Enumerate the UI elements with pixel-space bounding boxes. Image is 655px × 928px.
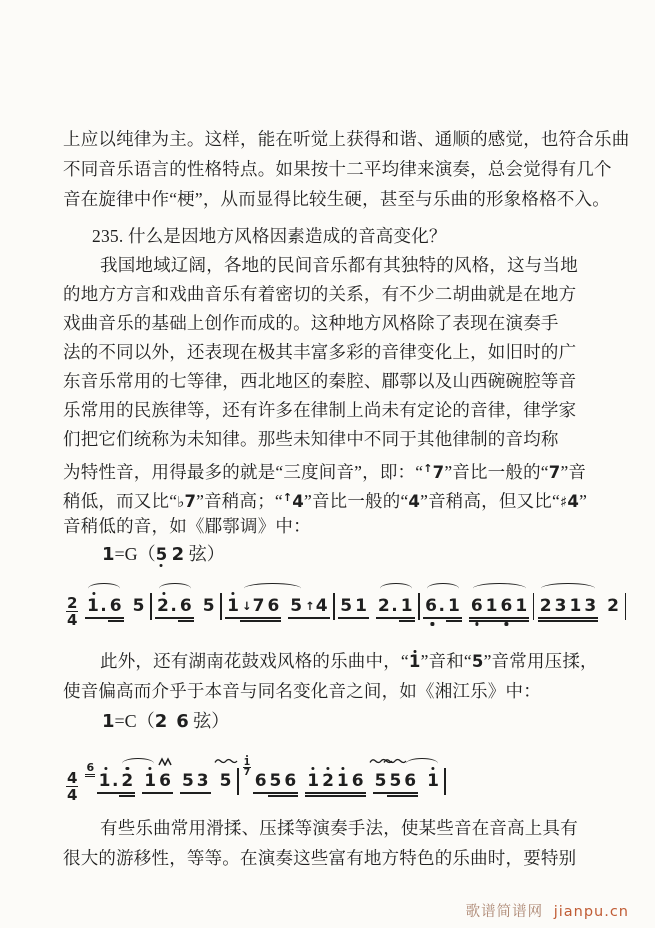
jianpu-note: 1 [446, 596, 461, 616]
eighth-underline [553, 617, 569, 619]
jianpu-note: 1 [306, 771, 321, 791]
eighth-underline [282, 792, 298, 794]
pitch-digit: 2 [322, 771, 334, 791]
grace-note: 6 [85, 762, 95, 773]
jianpu-note: 6 [350, 771, 365, 791]
octave-dot-above [341, 767, 344, 770]
jianpu-note: ↓7 [240, 596, 265, 616]
paragraph-sliding-vibrato: 有些乐曲常用滑揉、压揉等演奏手法，使某些音在音高上具有很大的游移性，等等。在演奏… [63, 813, 608, 873]
octave-dot-above [246, 755, 248, 757]
time-signature-numerator: 2 [66, 596, 78, 612]
eighth-underline [265, 617, 281, 619]
text-line: 戏曲音乐的基础上创作而成的。这种地方风格除了表现在演奏手 [63, 309, 608, 338]
grace-pitch-digit: 6 [86, 761, 94, 774]
inline-music-note: 1 [409, 652, 421, 671]
barline [220, 593, 222, 620]
inline-music-note: 4 [292, 492, 304, 511]
pitch-digit: 2 [540, 596, 552, 616]
eighth-underline [180, 792, 196, 794]
pitch-digit: 2 [121, 771, 133, 791]
jianpu-note: 1 [354, 596, 369, 616]
pitch-digit: 1 [401, 596, 413, 616]
eighth-underline [402, 792, 418, 794]
pitch-digit: 6 [255, 771, 267, 791]
jianpu-note: 5 [289, 596, 304, 616]
pitch-digit: 1 [569, 596, 581, 616]
jianpu-note: 1 [226, 596, 241, 616]
jianpu-note: 1 [484, 596, 499, 616]
eighth-underline [399, 617, 415, 619]
pitch-digit: 5 [290, 596, 302, 616]
measure: 1.65 [85, 572, 146, 616]
sixteenth-underline [446, 620, 462, 622]
time-signature-numerator: 4 [66, 771, 78, 787]
time-signature: 24 [66, 596, 78, 627]
pitch-digit: 1 [87, 596, 99, 616]
inline-music-note: 4 [567, 492, 579, 511]
jianpu-note: 6 [403, 771, 418, 791]
jianpu-note: 6. [424, 596, 447, 616]
slur [159, 583, 191, 594]
grace-underline [85, 776, 95, 777]
eighth-underline [320, 792, 336, 794]
jianpu-note: 5 [268, 771, 283, 791]
slur [380, 583, 412, 594]
measure: 512.1 [339, 572, 414, 616]
eighth-underline [305, 792, 321, 794]
eighth-underline [582, 617, 598, 619]
inline-music-note: 7 [433, 463, 445, 482]
eighth-underline [108, 617, 124, 619]
inline-music-note: 2 [155, 711, 168, 732]
sixteenth-underline [553, 620, 569, 622]
pitch-digit: 2 [378, 596, 390, 616]
pitch-digit: 3 [555, 596, 567, 616]
grace-note-7: 7 [243, 768, 252, 777]
pitch-digit: 4 [316, 596, 328, 616]
sixteenth-underline [320, 795, 336, 797]
eighth-underline [157, 792, 173, 794]
augmentation-dot: . [391, 596, 397, 616]
inline-music-note: 4 [408, 492, 420, 511]
barline [150, 593, 152, 620]
octave-dot-below [431, 622, 434, 625]
eighth-underline [350, 792, 366, 794]
watermark-site-url: jianpu.cn [554, 904, 629, 920]
text-line: 们把它们统称为未知律。那些未知律中不同于其他律制的音均称 [63, 425, 608, 454]
eighth-underline [288, 617, 304, 619]
pitch-digit: 1 [144, 771, 156, 791]
pitch-digit: 1 [515, 596, 527, 616]
jianpu-note: 6 [499, 596, 514, 616]
jianpu-note: 1. [97, 771, 120, 791]
jianpu-note: 3 [583, 596, 598, 616]
text-line: 法的不同以外，还表现在极其丰富多彩的音律变化上，如旧时的广 [63, 338, 608, 367]
jianpu-note: 1 [143, 771, 158, 791]
jianpu-note: 1 [399, 596, 414, 616]
jianpu-note: 5 [131, 596, 146, 616]
jianpu-note: 1 [568, 596, 583, 616]
text-line: 很大的游移性，等等。在演奏这些富有地方特色的乐曲时，要特别 [63, 843, 608, 873]
jianpu-note: 5 [180, 771, 195, 791]
inline-music-note: 7 [184, 492, 196, 511]
vibrato-wave-ornament [214, 757, 238, 765]
pitch-digit: 3 [197, 771, 209, 791]
slur [427, 583, 459, 594]
pitch-digit: 6 [110, 596, 122, 616]
pitch-digit: 5 [375, 771, 387, 791]
text-line: 音稍低的音，如《郿鄠调》中： [63, 512, 608, 541]
pitch-digit: 1 [355, 596, 367, 616]
key-signature-2: 1=C（2 6 弦） [102, 708, 229, 734]
sixteenth-underline [582, 620, 598, 622]
grace-note-group: 17 [243, 758, 252, 777]
time-signature: 44 [66, 771, 78, 802]
paragraph-hunan-huagu: 此外，还有湖南花鼓戏风格的乐曲中，“1”音和“5”音常用压揉，使音偏高而介乎于本… [63, 646, 608, 706]
augmentation-dot: . [170, 596, 176, 616]
sixteenth-underline [305, 795, 321, 797]
text-line: 上应以纯律为主。这样，能在听觉上获得和谐、通顺的感觉，也符合乐曲 [63, 124, 608, 154]
sixteenth-underline [350, 795, 366, 797]
sixteenth-underline [538, 620, 554, 622]
eighth-underline [387, 792, 403, 794]
eighth-underline [513, 617, 529, 619]
pitch-digit: 1 [427, 771, 439, 791]
jianpu-note: 2 [321, 771, 336, 791]
jianpu-note: 6 [266, 596, 281, 616]
eighth-underline [225, 617, 241, 619]
slur [244, 583, 301, 594]
jianpu-note: 1. [85, 596, 108, 616]
watermark: 歌谱简谱网 jianpu.cn [466, 900, 629, 921]
eighth-underline [119, 792, 135, 794]
jianpu-note: 6 [469, 596, 484, 616]
eighth-underline [338, 617, 354, 619]
jianpu-note: 2 [538, 596, 553, 616]
pitch-digit: 1 [486, 596, 498, 616]
jianpu-note: 6 [108, 596, 123, 616]
pitch-digit: 5 [270, 771, 282, 791]
eighth-underline [85, 617, 109, 619]
sixteenth-underline [178, 620, 194, 622]
score-row: 241.652.651↓765↑4512.16.1616123132 [66, 572, 630, 627]
pitch-digit: 1 [448, 596, 460, 616]
jianpu-note: 3 [553, 596, 568, 616]
pitch-digit: 1 [337, 771, 349, 791]
barline [333, 593, 335, 620]
text-line: 音在旋律中作“梗”，从而显得比较生硬，甚至与乐曲的形象格格不入。 [63, 184, 608, 214]
eighth-underline [178, 617, 194, 619]
question-235-heading: 235. 什么是因地方风格因素造成的音高变化？ [63, 221, 608, 251]
eighth-underline [240, 617, 266, 619]
sixteenth-underline [265, 620, 281, 622]
pitch-digit: 5 [340, 596, 352, 616]
eighth-underline [155, 617, 179, 619]
grace-underline [85, 774, 95, 775]
inline-music-note: 5 [472, 652, 484, 671]
pitch-digit: 1 [227, 596, 239, 616]
time-signature-denominator: 4 [67, 787, 77, 802]
inline-music-note: 1 [102, 711, 115, 732]
jianpu-note: 2. [376, 596, 399, 616]
inline-music-note: ↑ [283, 491, 292, 504]
inline-music-note: 5 [156, 545, 167, 564]
inline-music-note: ↑ [423, 462, 432, 475]
sixteenth-underline [335, 795, 351, 797]
measure: 1↓765↑4 [226, 572, 330, 616]
key-signature-1: 1=G（5 2 弦） [102, 541, 225, 567]
text-line: 不同音乐语言的性格特点。如果按十二平均律来演奏，总会觉得有几个 [63, 154, 608, 184]
pitch-digit: 6 [501, 596, 513, 616]
jianpu-note: 6 [253, 771, 268, 791]
augmentation-dot: . [100, 596, 106, 616]
jianpu-note: 5 [373, 771, 388, 791]
jianpu-note: 6 [283, 771, 298, 791]
eighth-underline [538, 617, 554, 619]
measure: 61.216535 [85, 747, 233, 791]
barline [418, 593, 420, 620]
jianpu-note: 1 [335, 771, 350, 791]
jianpu-note: 5 [201, 596, 216, 616]
jianpu-note: 3 [195, 771, 210, 791]
barline [237, 768, 239, 795]
sixteenth-underline [399, 620, 415, 622]
eighth-underline [567, 617, 583, 619]
inline-music-note: 1 [102, 544, 115, 565]
pitch-digit: 5 [389, 771, 401, 791]
octave-dot-below [475, 622, 478, 625]
jianpu-note: 2 [606, 596, 621, 616]
pitch-digit: 6 [352, 771, 364, 791]
watermark-site-name: 歌谱简谱网 [466, 904, 544, 920]
jianpu-score-1: 241.652.651↓765↑4512.16.1616123132 [66, 572, 630, 627]
eighth-underline [253, 792, 269, 794]
jianpu-note: 1 [514, 596, 529, 616]
sixteenth-underline [108, 620, 124, 622]
eighth-underline [376, 617, 400, 619]
pitch-digit: 5 [220, 771, 232, 791]
octave-dot-above [104, 767, 107, 770]
sixteenth-underline [484, 620, 500, 622]
augmentation-dot: . [112, 771, 118, 791]
eighth-underline [373, 792, 389, 794]
sixteenth-underline [119, 795, 135, 797]
pitch-digit: 7 [253, 596, 265, 616]
text-line: 乐常用的民族律等，还有许多在律制上尚未有定论的音律，律学家 [63, 396, 608, 425]
inline-music-note: 7 [549, 463, 561, 482]
jianpu-note: 6 [158, 771, 173, 791]
octave-dot-above [231, 592, 234, 595]
measure: 1765612165561 [243, 747, 441, 791]
eighth-underline [353, 617, 369, 619]
down-arrow-accidental: ↓ [242, 599, 252, 613]
pitch-digit: 6 [284, 771, 296, 791]
pitch-digit: 6 [425, 596, 437, 616]
text-line: 为特性音，用得最多的就是“三度间音”，即：“↑7”音比一般的“7”音 [63, 454, 608, 483]
eighth-underline [469, 617, 485, 619]
sixteenth-underline [402, 795, 418, 797]
eighth-underline [97, 792, 121, 794]
inline-music-note: 2 [172, 544, 185, 565]
jianpu-note: 5 [339, 596, 354, 616]
sixteenth-underline [513, 620, 529, 622]
pitch-digit: 6 [159, 771, 171, 791]
eighth-underline [446, 617, 462, 619]
measure: 2.65 [156, 572, 217, 616]
sixteenth-underline [387, 795, 403, 797]
measure: 6.16161 [424, 572, 529, 616]
slur [122, 758, 154, 769]
jianpu-note: 5 [218, 771, 233, 791]
eighth-underline [335, 792, 351, 794]
slur [541, 583, 595, 594]
slur [473, 583, 526, 594]
paragraph-regional-styles: 我国地域辽阔，各地的民间音乐都有其独特的风格，这与当地的地方方言和戏曲音乐有着密… [63, 251, 608, 541]
text-line: 东音乐常用的七等律，西北地区的秦腔、郿鄠以及山西碗碗腔等音 [63, 367, 608, 396]
pitch-digit: 1 [99, 771, 111, 791]
pitch-digit: 6 [267, 596, 279, 616]
text-line: 235. 什么是因地方风格因素造成的音高变化？ [63, 221, 608, 251]
pitch-digit: 5 [203, 596, 215, 616]
eighth-underline [195, 792, 211, 794]
barline [625, 593, 627, 620]
jianpu-score-2: 4461.2165351765612165561 [66, 747, 450, 802]
jianpu-note: 2. [156, 596, 179, 616]
sixteenth-underline [268, 795, 284, 797]
pitch-digit: 1 [307, 771, 319, 791]
barline [533, 593, 535, 620]
text-line: 我国地域辽阔，各地的民间音乐都有其独特的风格，这与当地 [63, 251, 608, 280]
score-row: 4461.2165351765612165561 [66, 747, 450, 802]
jianpu-note: 1 [426, 771, 441, 791]
jianpu-note: 5 [388, 771, 403, 791]
pitch-digit: 6 [471, 596, 483, 616]
jianpu-note: 6 [178, 596, 193, 616]
pitch-digit: 5 [182, 771, 194, 791]
book-page: 上应以纯律为主。这样，能在听觉上获得和谐、通顺的感觉，也符合乐曲不同音乐语言的性… [0, 0, 655, 928]
octave-dot-above [312, 767, 315, 770]
grace-note-high-1: 1 [243, 758, 252, 768]
slur [88, 583, 120, 594]
jianpu-note: 2 [120, 771, 135, 791]
pitch-digit: 6 [180, 596, 192, 616]
pitch-digit: 2 [607, 596, 619, 616]
sixteenth-underline [240, 620, 266, 622]
text-line: 有些乐曲常用滑揉、压揉等演奏手法，使某些音在音高上具有 [63, 813, 608, 843]
inline-music-note: 6 [176, 711, 189, 732]
eighth-underline [142, 792, 158, 794]
sixteenth-underline [469, 620, 485, 622]
eighth-underline [499, 617, 515, 619]
text-line: 此外，还有湖南花鼓戏风格的乐曲中，“1”音和“5”音常用压揉， [63, 646, 608, 676]
text-line: 使音偏高而介乎于本音与同名变化音之间，如《湘江乐》中： [63, 676, 608, 706]
eighth-underline [303, 617, 329, 619]
augmentation-dot: . [439, 596, 445, 616]
text-line: 稍低，而又比“♭7”音稍高；“↑4”音比一般的“4”音稍高，但又比“♯4” [63, 483, 608, 512]
measure: 23132 [538, 572, 620, 616]
pitch-digit: 2 [157, 596, 169, 616]
eighth-underline [484, 617, 500, 619]
octave-dot-above [326, 767, 329, 770]
pitch-digit: 3 [584, 596, 596, 616]
slur [406, 758, 438, 769]
eighth-underline [423, 617, 447, 619]
sixteenth-underline [567, 620, 583, 622]
octave-dot-below [505, 622, 508, 625]
text-line: 的地方方言和戏曲音乐有着密切的关系，有不少二胡曲就是在地方 [63, 280, 608, 309]
time-signature-denominator: 4 [67, 612, 77, 627]
vibrato-wave-ornament [383, 757, 407, 765]
pitch-digit: 5 [133, 596, 145, 616]
mordent-ornament [158, 757, 173, 766]
paragraph-tuning-systems: 上应以纯律为主。这样，能在听觉上获得和谐、通顺的感觉，也符合乐曲不同音乐语言的性… [63, 124, 608, 214]
barline [444, 768, 446, 795]
up-arrow-accidental: ↑ [305, 599, 315, 613]
jianpu-note: ↑4 [304, 596, 329, 616]
pitch-digit: 6 [404, 771, 416, 791]
eighth-underline [268, 792, 284, 794]
sixteenth-underline [282, 795, 298, 797]
sixteenth-underline [499, 620, 515, 622]
